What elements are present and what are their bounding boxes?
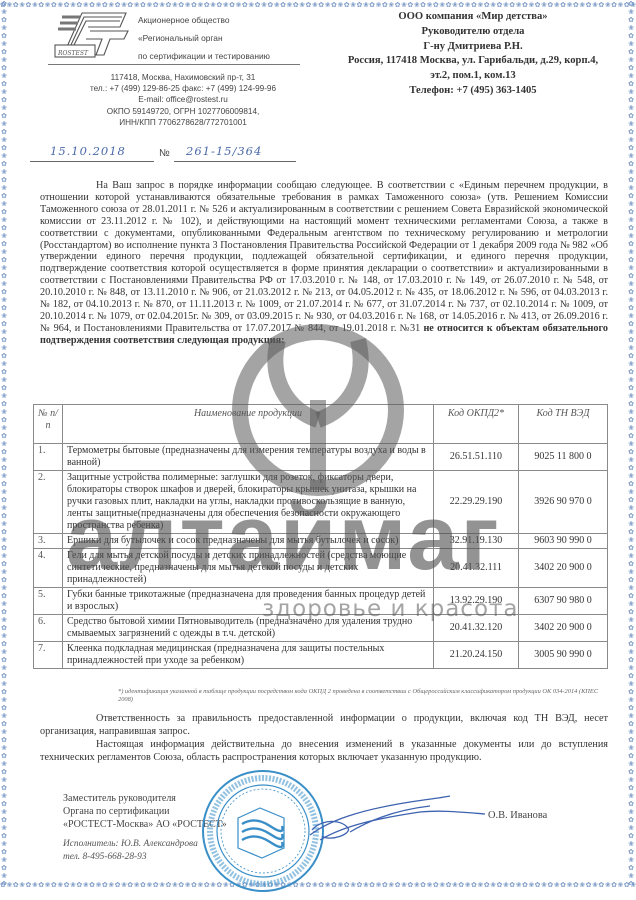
main-paragraph-text: На Ваш запрос в порядке информации сообщ… (40, 180, 608, 334)
sender-org-line: «Региональный орган (138, 29, 270, 47)
signer-name: О.В. Иванова (488, 810, 547, 821)
cell-tnved: 6307 90 980 0 (519, 588, 608, 615)
validity-paragraph: Настоящая информация действительна до вн… (40, 738, 608, 764)
cell-tnved: 3402 20 900 0 (519, 549, 608, 588)
cell-number: 1. (34, 444, 63, 471)
sender-org-line: Акционерное общество (138, 11, 270, 29)
table-row: 4.Гели для мытья детской посуды и детски… (34, 549, 608, 588)
cell-okpd2: 26.51.51.110 (434, 444, 519, 471)
main-paragraph: На Ваш запрос в порядке информации сообщ… (40, 180, 608, 347)
cell-okpd2: 32.91.19.130 (434, 534, 519, 549)
closing-text: Ответственность за правильность предоста… (40, 712, 608, 764)
cell-number: 6. (34, 615, 63, 642)
cell-product-name: Средство бытовой химии Пятновыводитель (… (63, 615, 434, 642)
table-row: 3.Ершики для бутылочек и сосок предназна… (34, 534, 608, 549)
table-row: 5.Губки банные трикотажные (предназначен… (34, 588, 608, 615)
header-okpd2: Код ОКПД2* (434, 405, 519, 444)
cell-tnved: 9603 90 990 0 (519, 534, 608, 549)
handwritten-signature-icon (300, 790, 490, 850)
header-divider (48, 64, 300, 65)
cell-product-name: Термометры бытовые (предназначены для из… (63, 444, 434, 471)
cell-product-name: Защитные устройства полимерные: заглушки… (63, 471, 434, 534)
cell-number: 7. (34, 642, 63, 669)
cell-number: 4. (34, 549, 63, 588)
cell-okpd2: 20.41.32.120 (434, 615, 519, 642)
addressee-company: ООО компания «Мир детства» (322, 10, 624, 25)
cell-product-name: Гели для мытья детской посуды и детских … (63, 549, 434, 588)
ornamental-border-left: ✿❀✿❀✿❀✿❀✿❀✿❀✿❀✿❀✿❀✿❀✿❀✿❀✿❀✿❀✿❀✿❀✿❀✿❀✿❀✿❀… (0, 0, 8, 885)
executor-phone: тел. 8-495-668-28-93 (63, 851, 198, 864)
sender-org-line: по сертификации и тестированию (138, 47, 270, 65)
addressee-address-cont: эт.2, пом.1, ком.13 (322, 69, 624, 84)
rostest-logo-icon: ROSTEST (52, 9, 130, 59)
addressee-phone: Телефон: +7 (495) 363-1405 (322, 84, 624, 99)
cell-product-name: Губки банные трикотажные (предназначена … (63, 588, 434, 615)
cell-number: 3. (34, 534, 63, 549)
cell-okpd2: 21.20.24.150 (434, 642, 519, 669)
addressee-address: Россия, 117418 Москва, ул. Гарибальди, д… (322, 54, 624, 69)
table-row: 2.Защитные устройства полимерные: заглуш… (34, 471, 608, 534)
sender-contacts: 117418, Москва, Нахимовский пр-т, 31 тел… (48, 72, 318, 128)
cell-number: 2. (34, 471, 63, 534)
table-footnote: *) идентификация указанной в таблице про… (118, 688, 608, 704)
sender-okpo-ogrn: ОКПО 59149720, ОГРН 1027706009814, (48, 106, 318, 117)
executor-name: Исполнитель: Ю.В. Александрова (63, 838, 198, 851)
addressee-block: ООО компания «Мир детства» Руководителю … (322, 10, 624, 99)
cell-number: 5. (34, 588, 63, 615)
letter-number: 261-15/364 (186, 144, 262, 158)
addressee-name: Г-ну Дмитриева Р.Н. (322, 40, 624, 55)
header-product-name: Наименование продукции (63, 405, 434, 444)
cell-tnved: 3402 20 900 0 (519, 615, 608, 642)
sender-organization: Акционерное общество «Региональный орган… (138, 11, 270, 65)
responsibility-paragraph: Ответственность за правильность предоста… (40, 712, 608, 738)
sender-inn-kpp: ИНН/КПП 7706278628/772701001 (48, 117, 318, 128)
cell-product-name: Ершики для бутылочек и сосок предназначе… (63, 534, 434, 549)
table-row: 6.Средство бытовой химии Пятновыводитель… (34, 615, 608, 642)
header-number: № п/п (34, 405, 63, 444)
cell-okpd2: 13.92.29.190 (434, 588, 519, 615)
letter-page: ✿❀✿❀✿❀✿❀✿❀✿❀✿❀✿❀✿❀✿❀✿❀✿❀✿❀✿❀✿❀✿❀✿❀✿❀✿❀✿❀… (0, 0, 636, 900)
cell-tnved: 3005 90 990 0 (519, 642, 608, 669)
sender-phone-fax: тел.: +7 (499) 129-86-25 факс: +7 (499) … (48, 83, 318, 94)
table-row: 1.Термометры бытовые (предназначены для … (34, 444, 608, 471)
addressee-position: Руководителю отдела (322, 25, 624, 40)
header-tnved: Код ТН ВЭД (519, 405, 608, 444)
letter-date: 15.10.2018 (50, 144, 126, 158)
number-label: № (159, 148, 170, 159)
svg-text:ROSTEST: ROSTEST (57, 50, 89, 57)
table-row: 7.Клеенка подкладная медицинская (предна… (34, 642, 608, 669)
cell-product-name: Клеенка подкладная медицинская (предназн… (63, 642, 434, 669)
cell-tnved: 3926 90 970 0 (519, 471, 608, 534)
table-header-row: № п/п Наименование продукции Код ОКПД2* … (34, 405, 608, 444)
cell-okpd2: 22.29.29.190 (434, 471, 519, 534)
products-table: № п/п Наименование продукции Код ОКПД2* … (33, 404, 608, 669)
cell-tnved: 9025 11 800 0 (519, 444, 608, 471)
sender-email: E-mail: office@rostest.ru (48, 94, 318, 105)
sender-address: 117418, Москва, Нахимовский пр-т, 31 (48, 72, 318, 83)
ornamental-border-right: ✿❀✿❀✿❀✿❀✿❀✿❀✿❀✿❀✿❀✿❀✿❀✿❀✿❀✿❀✿❀✿❀✿❀✿❀✿❀✿❀… (627, 0, 635, 885)
letter-body: На Ваш запрос в порядке информации сообщ… (40, 180, 608, 347)
executor-info: Исполнитель: Ю.В. Александрова тел. 8-49… (63, 838, 198, 864)
cell-okpd2: 20.41.32.111 (434, 549, 519, 588)
